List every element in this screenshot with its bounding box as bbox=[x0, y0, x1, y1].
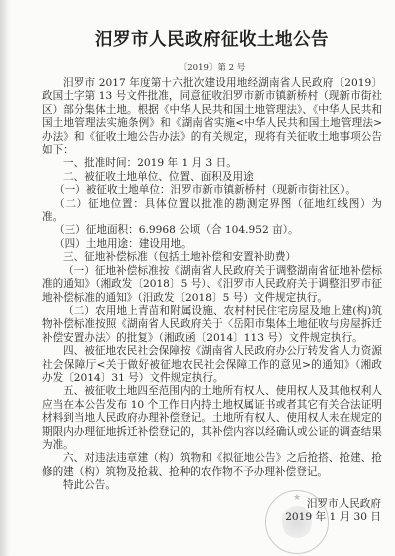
section-2-item-4: （四）土地用途：建设用地。 bbox=[42, 238, 382, 251]
section-3-heading: 三、征地补偿标准（包括土地补偿和安置补助费） bbox=[42, 251, 382, 264]
document-number: 〔2019〕第 2 号 bbox=[42, 61, 382, 73]
issuer-name: 汨罗市人民政府 bbox=[261, 498, 381, 511]
document-body: 汨罗市 2017 年度第十六批次建设用地经湖南省人民政府〔2019〕政国土字第 … bbox=[42, 77, 382, 493]
closing-statement: 特此公告。 bbox=[42, 479, 382, 492]
section-2-item-2: （二）征地位置：具体位置以批准的勘测定界图（征地红线图）为准。 bbox=[42, 198, 382, 225]
section-3-item-2: （二）农用地上青苗和附属设施、农村村民住宅房屋及地上建(构)筑物补偿标准按照《湖… bbox=[42, 305, 382, 345]
intro-paragraph: 汨罗市 2017 年度第十六批次建设用地经湖南省人民政府〔2019〕政国土字第 … bbox=[42, 77, 382, 157]
signature-block: 汨罗市人民政府 2019 年 1 月 30 日 bbox=[261, 498, 381, 525]
section-5-registration: 五、被征收土地四至范围内的土地所有权人、使用权人及其他权利人应当在本公告发布 1… bbox=[42, 385, 382, 452]
section-2-item-1: （一）被征收土地单位：汨罗市新市镇新桥村（现新市街社区）。 bbox=[42, 184, 382, 197]
section-1-approval-time: 一、批准时间：2019 年 1 月 3 日。 bbox=[42, 157, 382, 170]
section-2-item-3: （三）征地面积：6.9968 公顷（合 104.952 亩）。 bbox=[42, 224, 382, 237]
section-4-social-security: 四、被征地农民社会保障按《湖南省人民政府办公厅转发省人力资源社会保障厅<关于做好… bbox=[42, 345, 382, 385]
section-3-item-1: （一）征地补偿标准按《湖南省人民政府关于调整湖南省征地补偿标准的通知》（湘政发〔… bbox=[42, 265, 382, 305]
scanned-page-edge bbox=[0, 0, 10, 556]
issue-date: 2019 年 1 月 30 日 bbox=[261, 511, 381, 524]
section-2-heading: 二、被征收土地单位、位置、面积及用途 bbox=[42, 171, 382, 184]
document-title: 汨罗市人民政府征收土地公告 bbox=[42, 26, 382, 51]
section-6-illegal-structures: 六、对违法违章建（构）筑物和《拟征地公告》之后抢搭、抢建、抢修的建（构）筑物及抢… bbox=[42, 452, 382, 479]
